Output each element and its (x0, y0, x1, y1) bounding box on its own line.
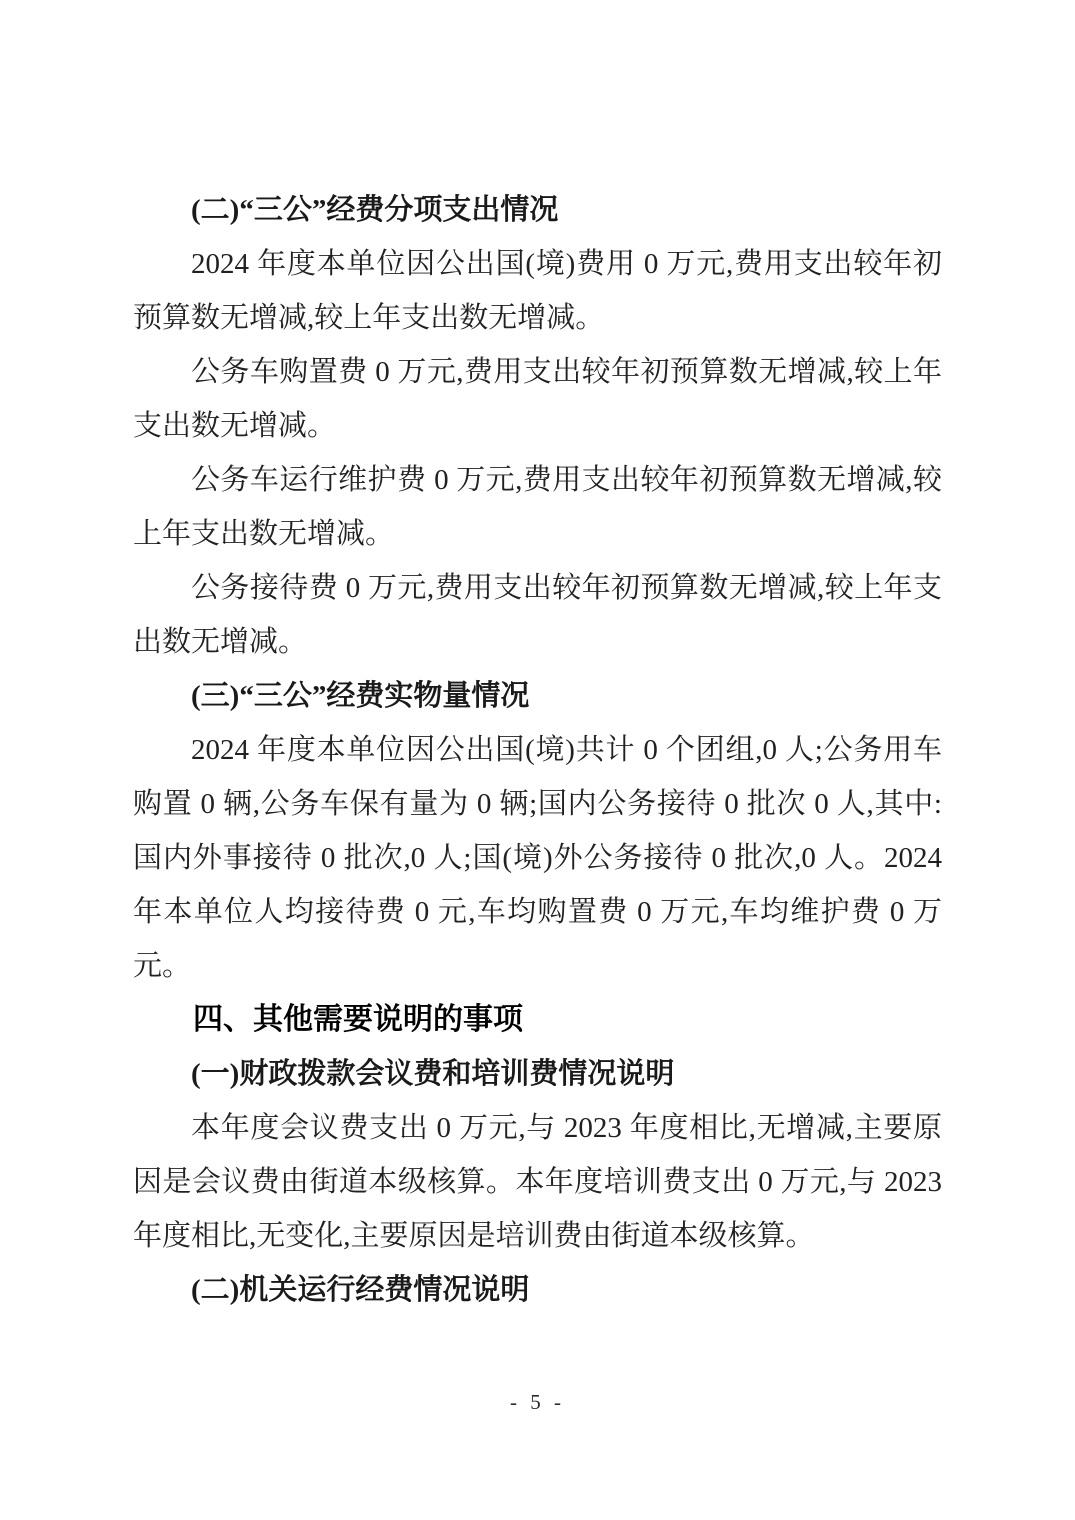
paragraph-vehicle-purchase-expense: 公务车购置费 0 万元,费用支出较年初预算数无增减,较上年支出数无增减。 (133, 345, 942, 453)
subheading-meeting-training-fee: (一)财政拨款会议费和培训费情况说明 (133, 1047, 942, 1101)
document-page: (二)“三公”经费分项支出情况 2024 年度本单位因公出国(境)费用 0 万元… (0, 0, 1075, 1520)
paragraph-official-reception-expense: 公务接待费 0 万元,费用支出较年初预算数无增减,较上年支出数无增减。 (133, 561, 942, 669)
subheading-sangong-itemized-expense: (二)“三公”经费分项支出情况 (133, 183, 942, 237)
subheading-sangong-physical-quantity: (三)“三公”经费实物量情况 (133, 669, 942, 723)
page-number: - 5 - (0, 1390, 1075, 1415)
paragraph-abroad-expense: 2024 年度本单位因公出国(境)费用 0 万元,费用支出较年初预算数无增减,较… (133, 237, 942, 345)
heading-other-matters: 四、其他需要说明的事项 (133, 993, 942, 1047)
paragraph-vehicle-maintenance-expense: 公务车运行维护费 0 万元,费用支出较年初预算数无增减,较上年支出数无增减。 (133, 453, 942, 561)
subheading-agency-operating-expense: (二)机关运行经费情况说明 (133, 1263, 942, 1317)
document-body: (二)“三公”经费分项支出情况 2024 年度本单位因公出国(境)费用 0 万元… (133, 183, 942, 1317)
paragraph-physical-quantity-detail: 2024 年度本单位因公出国(境)共计 0 个团组,0 人;公务用车购置 0 辆… (133, 723, 942, 993)
paragraph-meeting-training-fee-detail: 本年度会议费支出 0 万元,与 2023 年度相比,无增减,主要原因是会议费由街… (133, 1101, 942, 1263)
